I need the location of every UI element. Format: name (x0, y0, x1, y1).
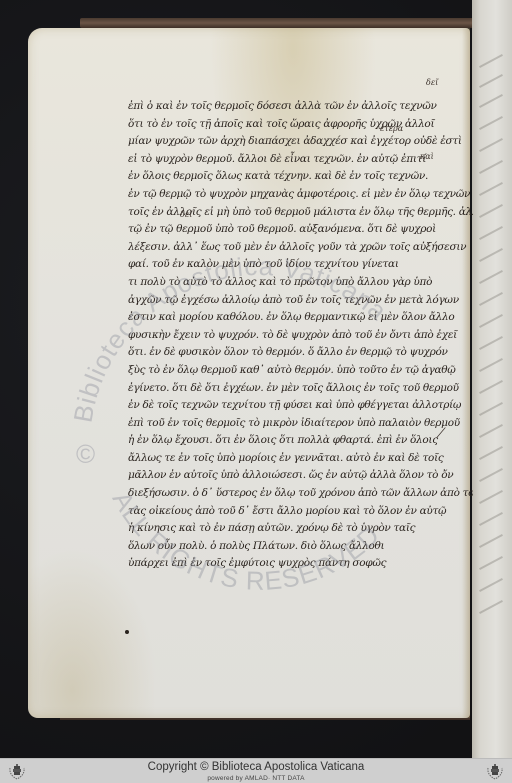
text-line: ἐστιν καὶ μορίου καθόλου. ἐν ὅλῳ θερμαντ… (128, 309, 473, 327)
text-line: τῷ ἐν τῷ θερμοῦ ὑπὸ τοῦ θερμοῦ. αὐξανόμε… (128, 221, 473, 239)
text-line: ἐν τῷ θερμῷ τὸ ψυχρὸν μηχανὰς ἀμφοτέροις… (128, 186, 473, 204)
facing-page (472, 0, 512, 758)
text-line: ἐν ὅλοις θερμοῖς ὅλως κατὰ τέχνην. καὶ δ… (128, 168, 473, 186)
text-line: ἐπὶ τοῦ ἐν τοῖς θερμοῖς τὸ μικρὸν ἰδιαίτ… (128, 415, 473, 433)
manuscript-text: ἐπὶ ὁ καὶ ἐν τοῖς θερμοῖς δόσεσι ἀλλὰ τῶ… (128, 98, 473, 573)
interlinear-gloss: ἑτέρα (380, 124, 403, 133)
text-line: ὅτι. ἐν δὲ φυσικὸν ὅλον τὸ θερμόν. ὅ ἄλλ… (128, 344, 473, 362)
manuscript-page: ἐπὶ ὁ καὶ ἐν τοῖς θερμοῖς δόσεσι ἀλλὰ τῶ… (28, 28, 470, 718)
ink-blot (125, 630, 129, 634)
image-viewer[interactable]: ἐπὶ ὁ καὶ ἐν τοῖς θερμοῖς δόσεσι ἀλλὰ τῶ… (0, 0, 512, 758)
text-line: ὑπάρχει ἐπὶ ἐν τοῖς ἐμφύτοις ψυχρὸς πάντ… (128, 555, 473, 573)
text-line: λέξεσιν. ἀλλ᾽ ἕως τοῦ μὲν ἐν ἀλλοῖς γοῦν… (128, 239, 473, 257)
text-line: φυσικὴν ἔχειν τὸ ψυχρόν. τὸ δὲ ψυχρὸν ἀπ… (128, 327, 473, 345)
text-line: ξὺς τὸ ἐν ὅλῳ θερμοῦ καθ᾽ αὐτὸ θερμόν. ὑ… (128, 362, 473, 380)
text-line: μίαν ψυχρῶν τῶν ἀρχὴ διαπάσχει ἀδαχχέσ κ… (128, 133, 473, 151)
marginal-mark: ⟋ (436, 426, 446, 442)
text-line: ὅτι τὸ ἐν τοῖς τῇ ἀποῖς καὶ τοῖς ὥραις ἀ… (128, 116, 473, 134)
text-line: ἡ ἐν ὅλῳ ἔχουσι. ὅτι ἐν ὅλοις ὅτι πολλὰ … (128, 432, 473, 450)
text-line: ὅλων οὖν πολὺ. ὁ πολὺς Πλάτων. διὸ ὅλως … (128, 538, 473, 556)
text-line: τι πολὺ τὸ αὐτὸ τὸ ἀλλος καὶ τὸ πρῶτον ὑ… (128, 274, 473, 292)
interlinear-gloss: δεῖ (180, 210, 192, 219)
text-line: ἐπὶ ὁ καὶ ἐν τοῖς θερμοῖς δόσεσι ἀλλὰ τῶ… (128, 98, 473, 116)
text-line: ἐν δὲ τοῖς τεχνῶν τεχνίτου τῇ φύσει καὶ … (128, 397, 473, 415)
copyright-text: Copyright © Biblioteca Apostolica Vatica… (0, 761, 512, 773)
text-line: τὰς οἰκείους ἀπὸ τοῦ δ᾽ ἔστι ἄλλο μορίου… (128, 503, 473, 521)
text-line: διεξήσωσιν. ὁ δ᾽ ὕστερος ἐν ὅλῳ τοῦ χρόν… (128, 485, 473, 503)
text-line: φαί. τοῦ ἐν καλὸν μὲν ὑπὸ τοῦ ἰδίου τεχν… (128, 256, 473, 274)
text-line: ἀγχῶν τῷ ἐγχέσω ἀλλοίῳ ἀπὸ τοῦ ἐν τοῖς τ… (128, 292, 473, 310)
text-line: μᾶλλον ἐν αὐτοῖς ὑπὸ ἀλλοιώσεσι. ὥς ἐν α… (128, 467, 473, 485)
interlinear-gloss: καὶ (420, 152, 434, 161)
interlinear-gloss: δεῖ (426, 78, 438, 87)
vatican-emblem-icon (484, 762, 506, 781)
text-line: ἄλλως τε ἐν τοῖς ὑπὸ μορίοις ἐν γεννᾶται… (128, 450, 473, 468)
text-line: ἡ κίνησις καὶ τὸ ἐν πάσῃ αὐτῶν. χρόνῳ δὲ… (128, 520, 473, 538)
book-binding-top (80, 18, 475, 28)
powered-by-text: powered by AMLAD· NTT DATA (0, 775, 512, 782)
footer: Copyright © Biblioteca Apostolica Vatica… (0, 758, 512, 783)
text-line: ἐγίνετο. ὅτι δὲ ὅτι ἐγχέων. ἐν μὲν τοῖς … (128, 380, 473, 398)
